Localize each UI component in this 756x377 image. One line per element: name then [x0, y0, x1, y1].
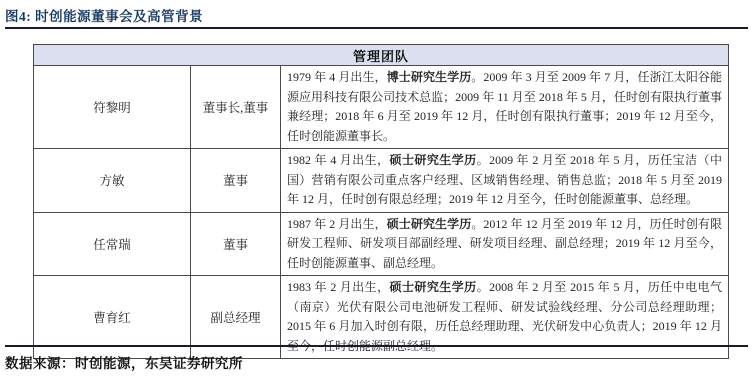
data-source-note: 数据来源：时创能源，东吴证券研究所	[5, 352, 243, 372]
bio-text-pre: 1979 年 4 月出生，	[287, 70, 387, 84]
bio-cell: 1987 年 2 月出生，硕士研究生学历。2012 年 12 月至 2019 年…	[281, 212, 729, 276]
position-cell: 董事长,董事	[191, 66, 281, 149]
name-cell: 符黎明	[34, 66, 191, 149]
table-header-row: 管理团队	[34, 45, 729, 66]
figure-title: 图4: 时创能源董事会及高管背景	[5, 5, 203, 25]
table-title-cell: 管理团队	[34, 45, 729, 66]
position-cell: 董事	[191, 212, 281, 276]
bio-text-pre: 1982 年 4 月出生，	[287, 153, 390, 167]
report-figure-page: 图4: 时创能源董事会及高管背景 管理团队 符黎明 董事长,董事 1979 年 …	[0, 0, 756, 377]
bio-text-pre: 1987 年 2 月出生，	[287, 217, 387, 231]
table-row: 方敏 董事 1982 年 4 月出生，硕士研究生学历。2009 年 2 月至 2…	[34, 149, 729, 213]
bio-text-pre: 1983 年 2 月出生，	[287, 280, 390, 294]
bio-text-degree: 硕士研究生学历	[390, 153, 477, 167]
table-row: 任常瑞 董事 1987 年 2 月出生，硕士研究生学历。2012 年 12 月至…	[34, 212, 729, 276]
bio-cell: 1982 年 4 月出生，硕士研究生学历。2009 年 2 月至 2018 年 …	[281, 149, 729, 213]
name-cell: 方敏	[34, 149, 191, 213]
management-team-table: 管理团队 符黎明 董事长,董事 1979 年 4 月出生，博士研究生学历。200…	[33, 44, 729, 359]
bio-text-degree: 博士研究生学历	[387, 70, 472, 84]
bio-text-degree: 硕士研究生学历	[390, 280, 477, 294]
name-cell: 任常瑞	[34, 212, 191, 276]
bio-text-degree: 硕士研究生学历	[387, 217, 472, 231]
footer-divider-rule	[5, 345, 748, 347]
position-cell: 董事	[191, 149, 281, 213]
table-row: 符黎明 董事长,董事 1979 年 4 月出生，博士研究生学历。2009 年 3…	[34, 66, 729, 149]
title-divider-rule	[5, 27, 748, 29]
bio-cell: 1979 年 4 月出生，博士研究生学历。2009 年 3 月至 2009 年 …	[281, 66, 729, 149]
